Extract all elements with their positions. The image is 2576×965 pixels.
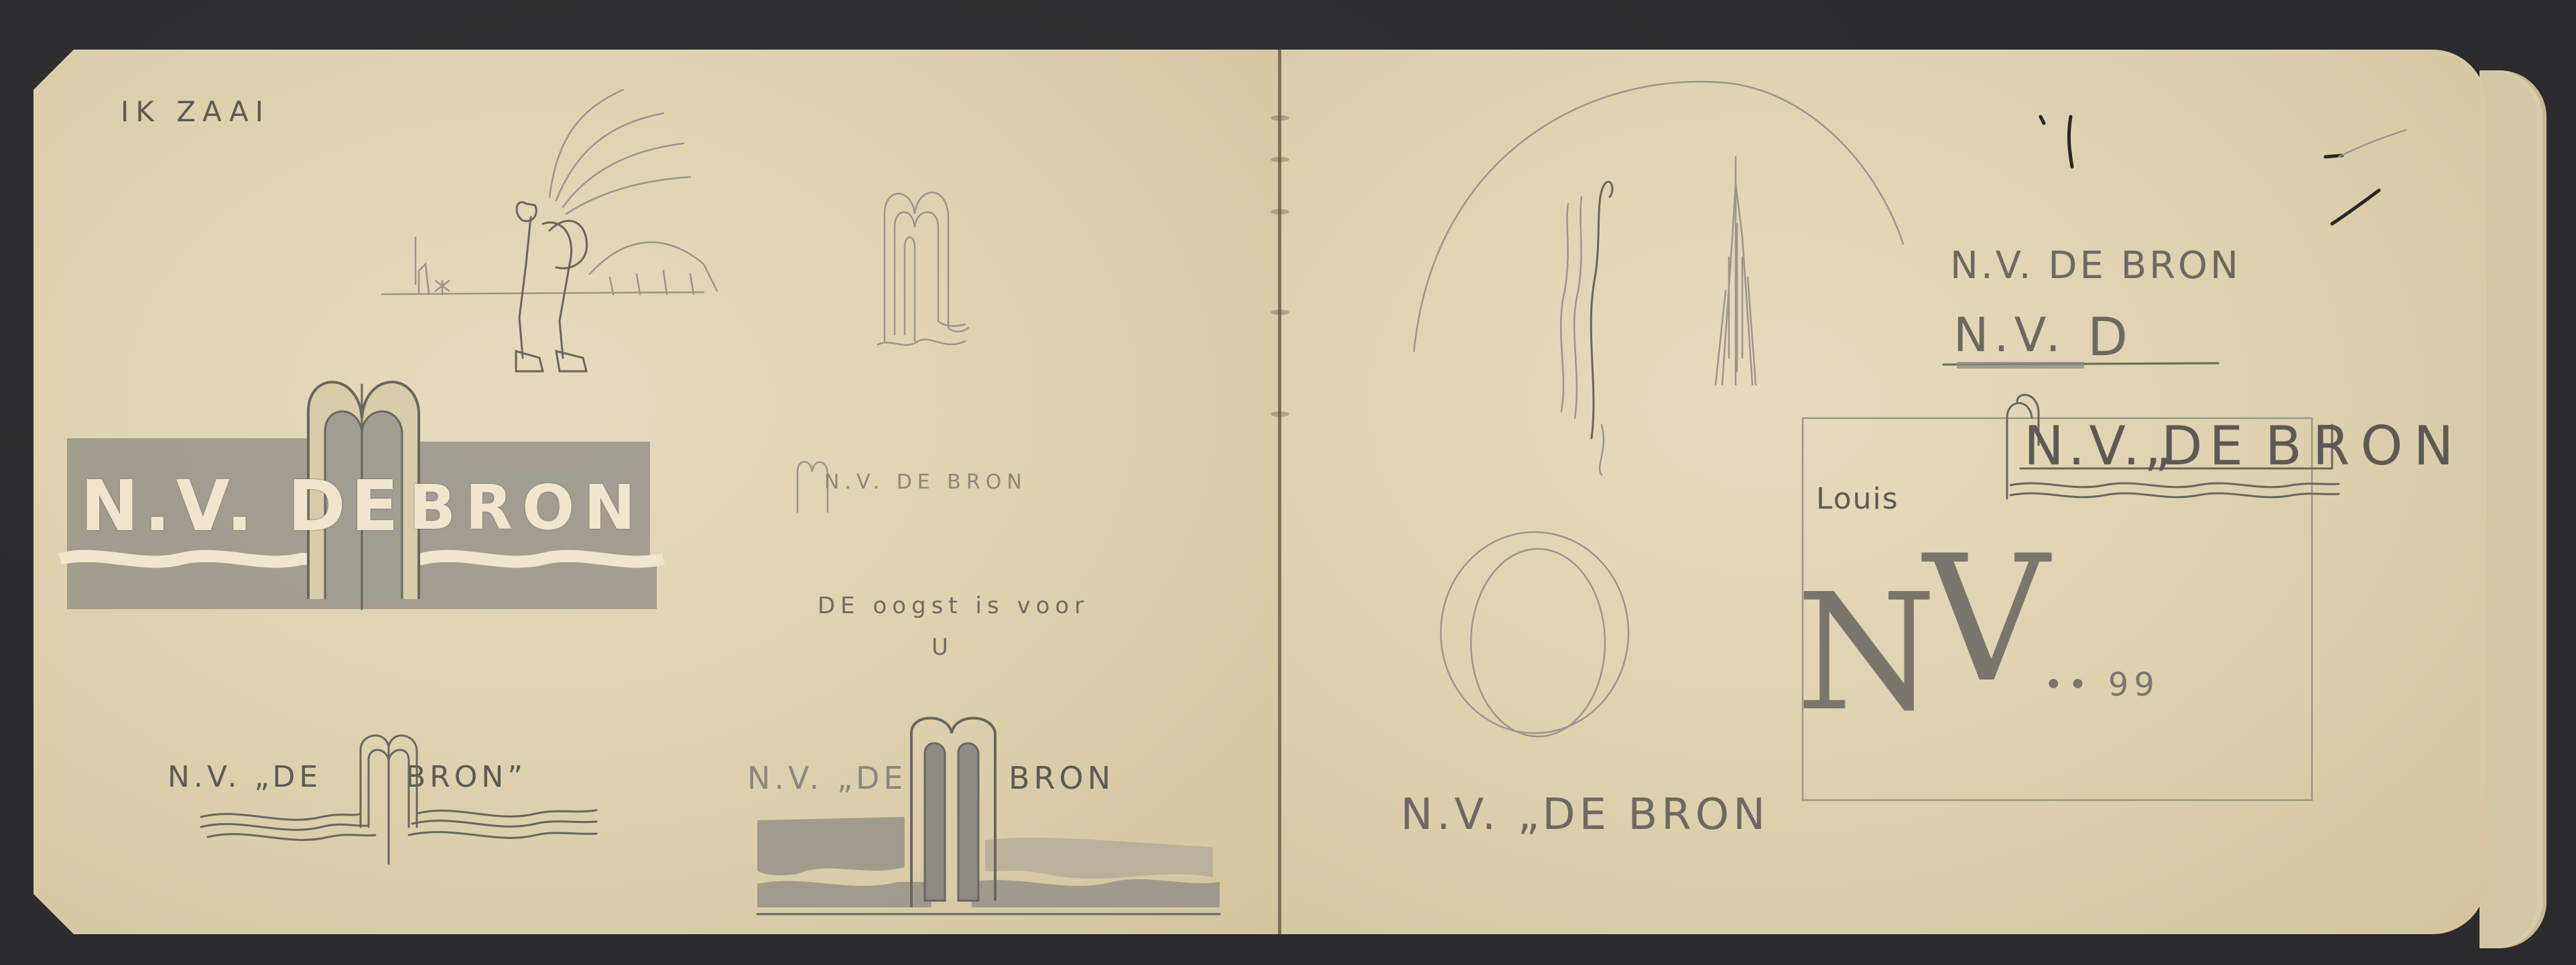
right-page: N.V. DE BRON N.V. D N.V.„ DE BRON Louis bbox=[1280, 50, 2486, 934]
heading-ik-zaai: IK ZAAI bbox=[121, 95, 270, 128]
monogram-v: V bbox=[1923, 519, 2049, 721]
sketchbook-spread: IK ZAAI bbox=[34, 50, 2533, 934]
banner-text-nv: N.V.„ bbox=[2024, 415, 2176, 477]
slogan-line-1: DE oogst is voor bbox=[818, 592, 1089, 619]
logo-bottom-shaded bbox=[730, 706, 1226, 923]
title-nv-de-bron-1: N.V. DE BRON bbox=[1950, 244, 2241, 287]
logo-faint-text: N.V. DE BRON bbox=[824, 470, 1027, 494]
spine-fold bbox=[1278, 50, 1281, 934]
signature-louis: Louis bbox=[1816, 482, 1899, 516]
title-nv-2: N.V. bbox=[1953, 308, 2066, 363]
monogram-n: N bbox=[1796, 559, 1937, 747]
binding-stitch bbox=[1271, 310, 1289, 315]
underline-shading bbox=[1943, 358, 2225, 387]
logo-dark-text-left: N.V. DE bbox=[80, 465, 404, 547]
left-page: IK ZAAI bbox=[34, 50, 1280, 934]
logo-outline-fountain-waves bbox=[188, 720, 603, 870]
circle-o-sketch bbox=[1434, 525, 1635, 743]
fountain-sketch-small bbox=[864, 174, 972, 357]
logo-bottom-text-right: BRON bbox=[1009, 760, 1114, 796]
logo-bottom-text-left: N.V. „DE bbox=[747, 760, 907, 796]
spire-sketch bbox=[1695, 157, 1776, 401]
logo-dark-text-right: BRON bbox=[409, 472, 645, 543]
binding-stitch bbox=[1271, 209, 1289, 214]
monogram-dots: •• 99 bbox=[2044, 666, 2160, 704]
sower-sketch bbox=[355, 63, 864, 374]
binding-stitch bbox=[1271, 157, 1289, 162]
banner-text-de: DE bbox=[2161, 415, 2250, 477]
slogan-line-2: U bbox=[931, 634, 952, 661]
bottom-title: N.V. „DE BRON bbox=[1401, 790, 1769, 840]
waterfall-sketch bbox=[1548, 170, 1628, 481]
binding-stitch bbox=[1271, 115, 1289, 121]
ink-marks bbox=[1977, 50, 2406, 253]
banner-text-bron: BRON bbox=[2265, 415, 2464, 477]
binding-stitch bbox=[1271, 411, 1289, 417]
